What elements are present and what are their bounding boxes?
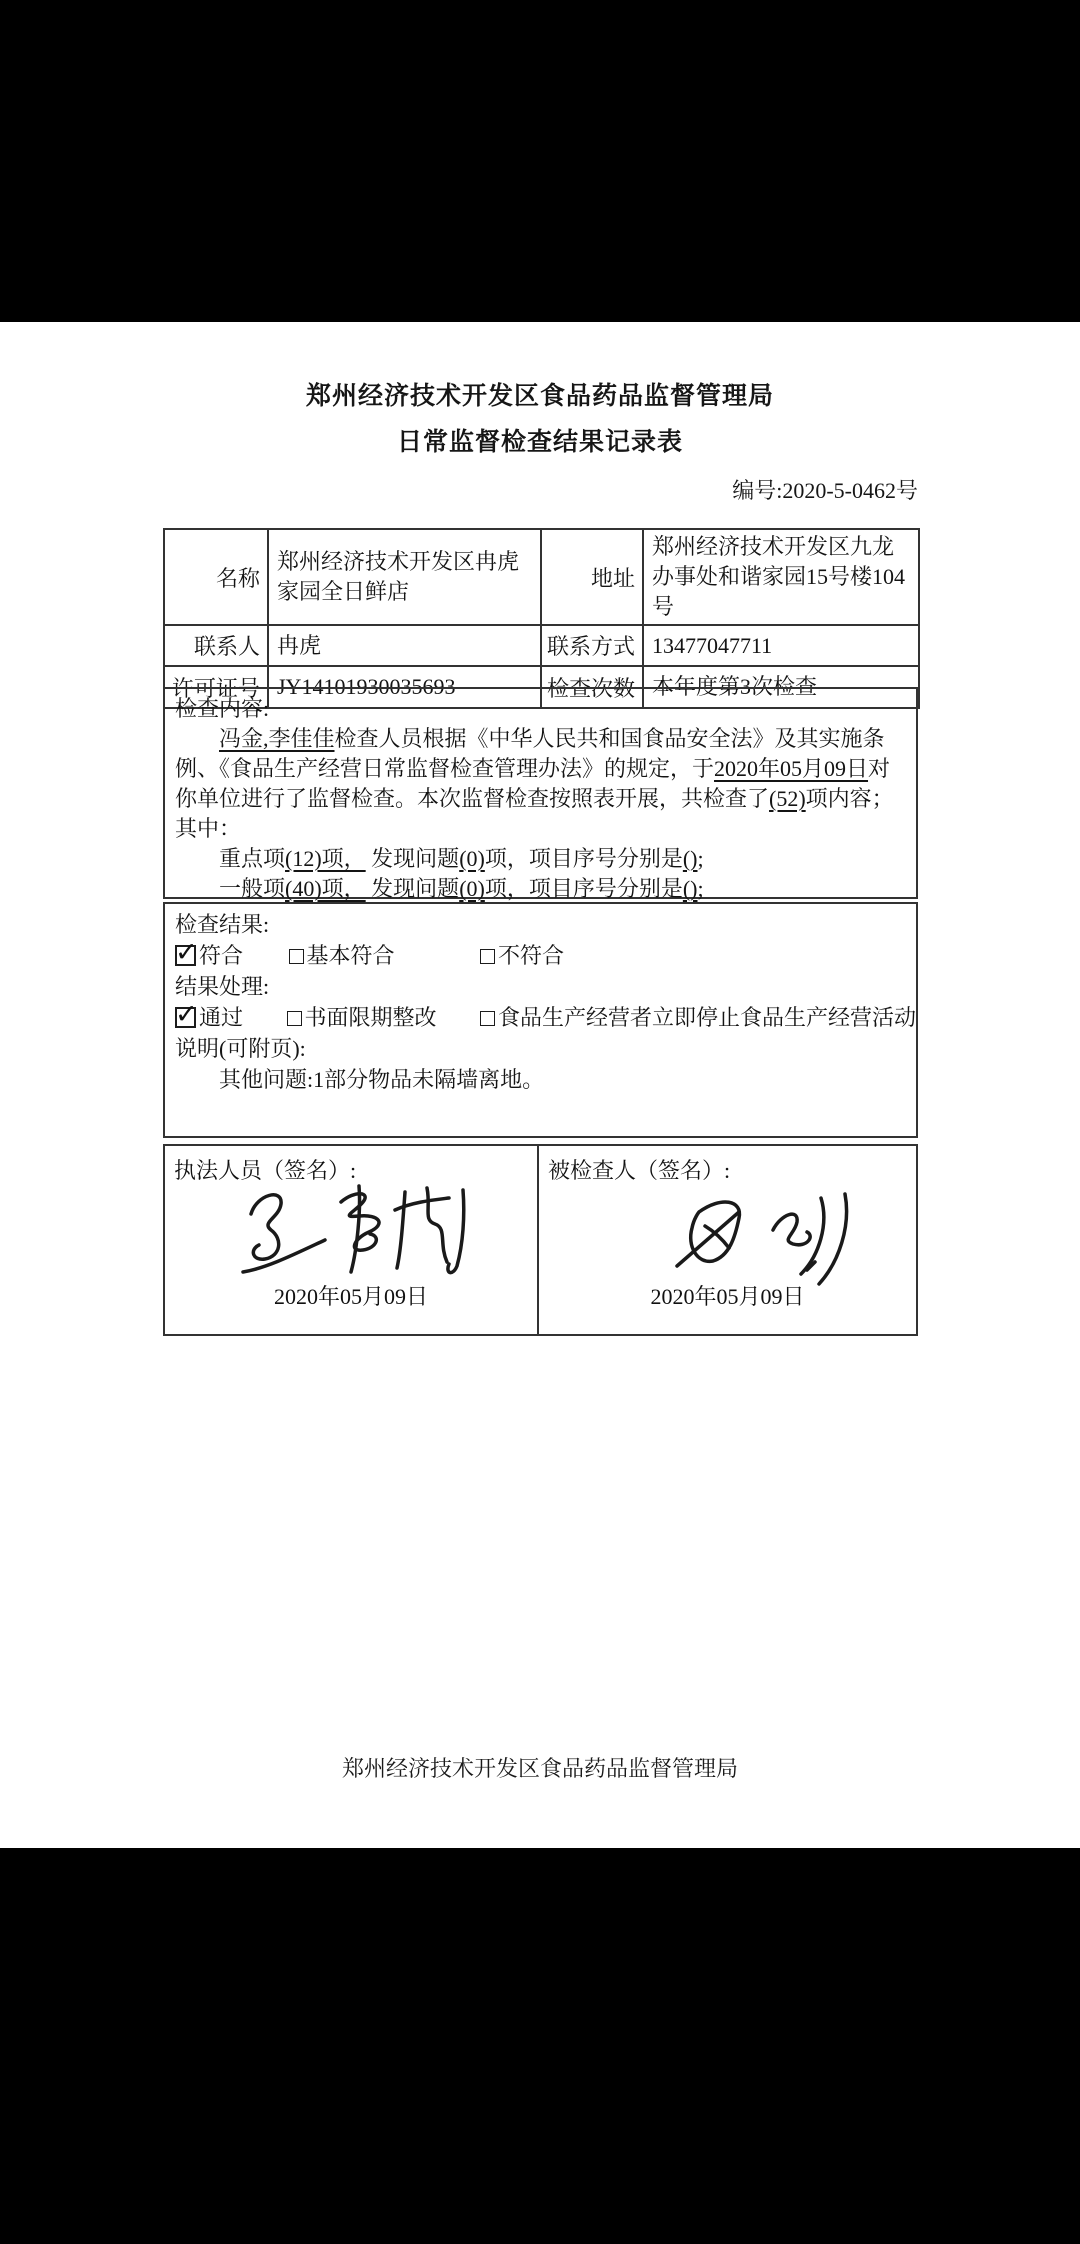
basic-info-table: 名称 郑州经济技术开发区冉虎家园全日鲜店 地址 郑州经济技术开发区九龙办事处和谐… xyxy=(163,528,920,709)
checkbox-stop-production xyxy=(480,1011,495,1026)
phone-screenshot: 郑州经济技术开发区食品药品监督管理局 日常监督检查结果记录表 编号:2020-5… xyxy=(0,0,1080,2244)
footer-agency-name: 郑州经济技术开发区食品药品监督管理局 xyxy=(0,1752,1080,1783)
option-pass-label: 通过 xyxy=(199,1005,243,1030)
inspector-signature-cell: 执法人员（签名）: 2020年05月09日 xyxy=(165,1146,539,1334)
key-items-line: 重点项(12)项， 发现问题(0)项，项目序号分别是(); xyxy=(175,844,906,874)
option-basically-conform-label: 基本符合 xyxy=(307,943,395,968)
checkbox-pass xyxy=(175,1007,196,1028)
option-rectify-label: 书面限期整改 xyxy=(305,1005,437,1030)
name-label: 名称 xyxy=(164,529,268,625)
checkbox-conform xyxy=(175,945,196,966)
option-stop-production: 食品生产经营者立即停止食品生产经营活动 xyxy=(480,1002,916,1033)
general-items-line: 一般项(40)项， 发现问题(0)项，项目序号分别是(); xyxy=(175,874,906,904)
document-title-line2: 日常监督检查结果记录表 xyxy=(0,422,1080,458)
inspector-signature-date: 2020年05月09日 xyxy=(165,1280,537,1311)
option-conform: 符合 xyxy=(175,940,243,971)
inspected-signature-label: 被检查人（签名）: xyxy=(548,1154,730,1185)
contact-method-value: 13477047711 xyxy=(643,625,919,666)
inspection-content-heading: 检查内容: xyxy=(175,694,906,724)
option-stop-production-label: 食品生产经营者立即停止食品生产经营活动 xyxy=(498,1005,916,1030)
inspection-result-heading: 检查结果: xyxy=(175,909,906,940)
inspected-signature-date: 2020年05月09日 xyxy=(539,1280,916,1311)
table-row: 联系人 冉虎 联系方式 13477047711 xyxy=(164,625,919,666)
checkbox-basically-conform xyxy=(289,949,304,964)
handling-options-row: 通过 书面限期整改 食品生产经营者立即停止食品生产经营活动 xyxy=(175,1002,906,1033)
contact-person-label: 联系人 xyxy=(164,625,268,666)
note-text: 其他问题:1部分物品未隔墙离地。 xyxy=(175,1064,906,1095)
document-title-line1: 郑州经济技术开发区食品药品监督管理局 xyxy=(0,376,1080,412)
address-value: 郑州经济技术开发区九龙办事处和谐家园15号楼104号 xyxy=(643,529,919,625)
address-label: 地址 xyxy=(541,529,643,625)
document-number: 编号:2020-5-0462号 xyxy=(732,474,918,505)
checkbox-rectify xyxy=(287,1011,302,1026)
document-page: 郑州经济技术开发区食品药品监督管理局 日常监督检查结果记录表 编号:2020-5… xyxy=(0,322,1080,1848)
inspected-handwritten-signature xyxy=(669,1184,869,1292)
option-not-conform-label: 不符合 xyxy=(498,943,564,968)
note-heading: 说明(可附页): xyxy=(175,1033,906,1064)
inspected-signature-cell: 被检查人（签名）: 2020年05月09日 xyxy=(539,1146,916,1334)
option-conform-label: 符合 xyxy=(199,943,243,968)
option-not-conform: 不符合 xyxy=(480,940,564,971)
signature-section: 执法人员（签名）: 2020年05月09日 被检查人（签名）: xyxy=(163,1144,918,1336)
result-handling-heading: 结果处理: xyxy=(175,971,906,1002)
inspection-result-section: 检查结果: 符合 基本符合 不符合 结果处理: 通过 书面限期整改 食品生产经营… xyxy=(163,902,918,1138)
contact-person-value: 冉虎 xyxy=(268,625,541,666)
contact-method-label: 联系方式 xyxy=(541,625,643,666)
option-pass: 通过 xyxy=(175,1002,243,1033)
inspector-handwritten-signature xyxy=(237,1180,482,1288)
result-options-row: 符合 基本符合 不符合 xyxy=(175,940,906,971)
option-basically-conform: 基本符合 xyxy=(289,940,395,971)
inspection-content-section: 检查内容: 冯金,李佳佳检查人员根据《中华人民共和国食品安全法》及其实施条例、《… xyxy=(163,687,918,899)
option-rectify: 书面限期整改 xyxy=(287,1002,437,1033)
name-value: 郑州经济技术开发区冉虎家园全日鲜店 xyxy=(268,529,541,625)
inspection-content-paragraph: 冯金,李佳佳检查人员根据《中华人民共和国食品安全法》及其实施条例、《食品生产经营… xyxy=(175,724,906,844)
table-row: 名称 郑州经济技术开发区冉虎家园全日鲜店 地址 郑州经济技术开发区九龙办事处和谐… xyxy=(164,529,919,625)
checkbox-not-conform xyxy=(480,949,495,964)
